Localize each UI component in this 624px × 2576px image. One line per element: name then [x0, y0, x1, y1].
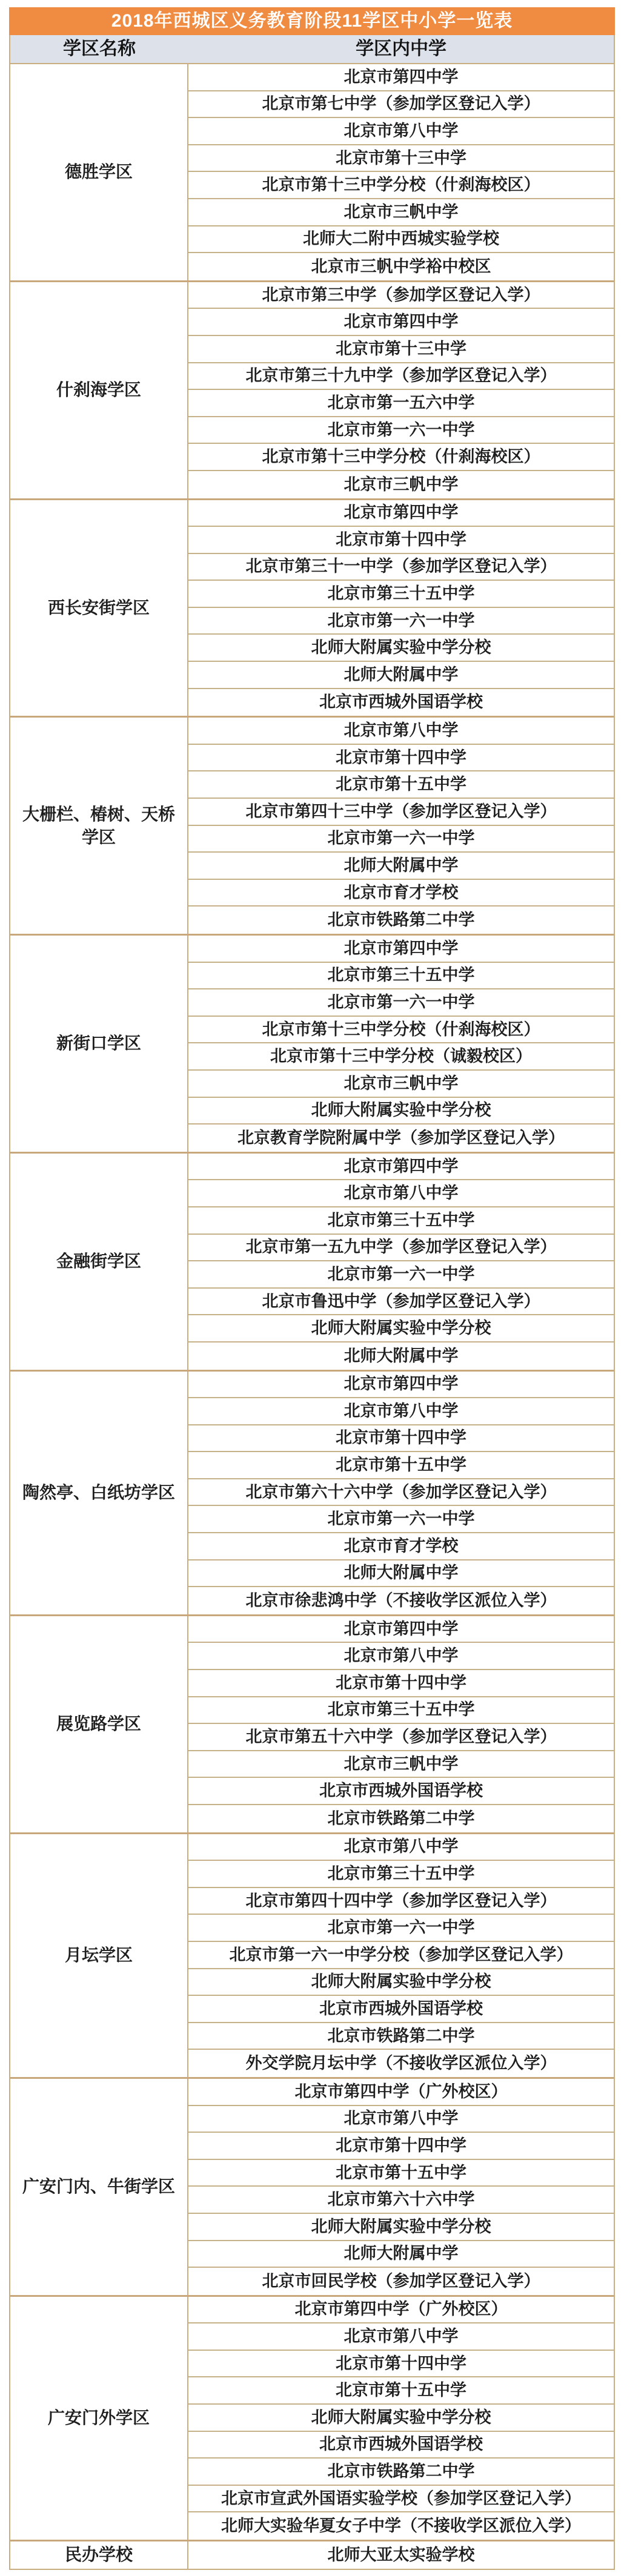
school-row: 北京市第一五六中学: [188, 390, 614, 417]
district-name: 展览路学区: [10, 1616, 188, 1832]
schools-column: 北京市第四中学（广外校区）北京市第八中学北京市第十四中学北京市第十五中学北京市第…: [188, 2079, 614, 2295]
school-row: 北京市三帆中学: [188, 471, 614, 498]
school-row: 北京市第一六一中学: [188, 1506, 614, 1533]
school-row: 北京市西城外国语学校: [188, 689, 614, 716]
school-row: 北京市第四中学: [188, 309, 614, 336]
school-row: 北京市三帆中学: [188, 1071, 614, 1098]
school-row: 北京市徐悲鸿中学（不接收学区派位入学）: [188, 1587, 614, 1614]
schools-column: 北京市第四中学（广外校区）北京市第八中学北京市第十四中学北京市第十五中学北师大附…: [188, 2297, 614, 2540]
school-row: 北京市第十三中学: [188, 336, 614, 363]
schools-column: 北京市第四中学北京市第三十五中学北京市第一六一中学北京市第十三中学分校（什刹海校…: [188, 936, 614, 1152]
school-row: 北京市第三十五中学: [188, 1697, 614, 1725]
district-name: 广安门内、牛街学区: [10, 2079, 188, 2295]
school-row: 北京市三帆中学: [188, 199, 614, 226]
school-row: 北京市第十三中学分校（诚毅校区）: [188, 1043, 614, 1071]
district-section: 月坛学区北京市第八中学北京市第三十五中学北京市第四十四中学（参加学区登记入学）北…: [10, 1832, 614, 2077]
school-row: 北京市第十四中学: [188, 2133, 614, 2160]
school-row: 北京市第四中学: [188, 1616, 614, 1643]
district-name: 金融街学区: [10, 1154, 188, 1370]
school-row: 北京市第十三中学分校（什刹海校区）: [188, 172, 614, 199]
school-row: 北师大二附中西城实验学校: [188, 226, 614, 254]
school-row: 北京市第四中学（广外校区）: [188, 2079, 614, 2106]
schools-column: 北师大亚太实验学校: [188, 2541, 614, 2569]
school-row: 北京市铁路第二中学: [188, 907, 614, 934]
school-row: 北京市第一六一中学: [188, 1915, 614, 1942]
school-row: 北京市第十四中学: [188, 1670, 614, 1697]
school-row: 北京市第一六一中学: [188, 1261, 614, 1289]
school-row: 北京市第七中学（参加学区登记入学）: [188, 91, 614, 119]
school-row: 北京市西城外国语学校: [188, 1996, 614, 2023]
schools-column: 北京市第四中学北京市第八中学北京市第十四中学北京市第三十五中学北京市第五十六中学…: [188, 1616, 614, 1832]
school-row: 北京市第一六一中学: [188, 608, 614, 635]
schools-column: 北京市第四中学北京市第八中学北京市第三十五中学北京市第一五九中学（参加学区登记入…: [188, 1154, 614, 1370]
school-row: 北京市第八中学: [188, 1180, 614, 1207]
school-row: 北京市西城外国语学校: [188, 1778, 614, 1805]
school-row: 北京市第三中学（参加学区登记入学）: [188, 282, 614, 309]
school-row: 北京市第四中学: [188, 936, 614, 963]
school-row: 北师大附属实验中学分校: [188, 2214, 614, 2241]
table-title: 2018年西城区义务教育阶段11学区中小学一览表: [9, 7, 615, 35]
school-row: 北京市第十五中学: [188, 1452, 614, 1479]
school-row: 北京市第六十六中学（参加学区登记入学）: [188, 1479, 614, 1507]
school-row: 北京市第十四中学: [188, 2351, 614, 2378]
schools-column: 北京市第八中学北京市第三十五中学北京市第四十四中学（参加学区登记入学）北京市第一…: [188, 1834, 614, 2077]
school-row: 北京市铁路第二中学: [188, 1805, 614, 1832]
district-section: 展览路学区北京市第四中学北京市第八中学北京市第十四中学北京市第三十五中学北京市第…: [10, 1614, 614, 1832]
school-row: 北京市第八中学: [188, 118, 614, 145]
district-section: 西长安街学区北京市第四中学北京市第十四中学北京市第三十一中学（参加学区登记入学）…: [10, 498, 614, 716]
school-row: 北京市第十五中学: [188, 2377, 614, 2405]
district-name: 德胜学区: [10, 64, 188, 280]
table-body: 德胜学区北京市第四中学北京市第七中学（参加学区登记入学）北京市第八中学北京市第十…: [9, 63, 615, 2570]
school-row: 北师大附属实验中学分校: [188, 1098, 614, 1125]
school-row: 北师大附属中学: [188, 853, 614, 880]
school-row: 北京市育才学校: [188, 880, 614, 907]
school-row: 北师大附属实验中学分校: [188, 2405, 614, 2432]
school-row: 北京市第十三中学分校（什刹海校区）: [188, 444, 614, 471]
school-row: 北京市第四中学: [188, 500, 614, 527]
district-name: 陶然亭、白纸坊学区: [10, 1372, 188, 1614]
school-row: 北京市第三十五中学: [188, 581, 614, 608]
school-row: 北京教育学院附属中学（参加学区登记入学）: [188, 1125, 614, 1152]
school-row: 北京市第十四中学: [188, 527, 614, 554]
school-row: 北京市第五十六中学（参加学区登记入学）: [188, 1724, 614, 1751]
school-district-table: 2018年西城区义务教育阶段11学区中小学一览表 学区名称 学区内中学 德胜学区…: [9, 7, 615, 2570]
district-section: 金融街学区北京市第四中学北京市第八中学北京市第三十五中学北京市第一五九中学（参加…: [10, 1152, 614, 1370]
school-row: 北师大附属中学: [188, 662, 614, 689]
district-section: 大栅栏、椿树、天桥学区北京市第八中学北京市第十四中学北京市第十五中学北京市第四十…: [10, 716, 614, 934]
district-section: 德胜学区北京市第四中学北京市第七中学（参加学区登记入学）北京市第八中学北京市第十…: [10, 64, 614, 280]
school-row: 北京市第一六一中学: [188, 417, 614, 444]
school-row: 北师大亚太实验学校: [188, 2541, 614, 2569]
district-section: 广安门外学区北京市第四中学（广外校区）北京市第八中学北京市第十四中学北京市第十五…: [10, 2295, 614, 2540]
school-row: 北师大附属中学: [188, 1560, 614, 1588]
school-row: 北京市西城外国语学校: [188, 2432, 614, 2459]
school-row: 北京市第十五中学: [188, 771, 614, 799]
school-row: 北京市第十五中学: [188, 2160, 614, 2187]
school-row: 北京市第十四中学: [188, 745, 614, 772]
school-row: 北京市第四中学: [188, 64, 614, 91]
district-section: 民办学校北师大亚太实验学校: [10, 2540, 614, 2569]
column-header-schools: 学区内中学: [188, 35, 614, 63]
school-row: 北京市第三十五中学: [188, 1207, 614, 1235]
school-row: 北师大附属中学: [188, 2241, 614, 2268]
school-row: 北京市第八中学: [188, 1643, 614, 1670]
school-row: 北京市第八中学: [188, 2106, 614, 2133]
school-row: 北京市宣武外国语实验学校（参加学区登记入学）: [188, 2486, 614, 2513]
school-row: 北京市第四中学: [188, 1154, 614, 1181]
schools-column: 北京市第四中学北京市第十四中学北京市第三十一中学（参加学区登记入学）北京市第三十…: [188, 500, 614, 716]
table-header-row: 学区名称 学区内中学: [9, 35, 615, 63]
school-row: 北京市第十三中学分校（什刹海校区）: [188, 1017, 614, 1044]
school-row: 北京市第三十五中学: [188, 1861, 614, 1888]
school-row: 北京市第四十四中学（参加学区登记入学）: [188, 1888, 614, 1915]
school-row: 北京市铁路第二中学: [188, 2023, 614, 2050]
school-row: 北京市第四十三中学（参加学区登记入学）: [188, 799, 614, 826]
school-row: 北京市第一六一中学: [188, 826, 614, 853]
schools-column: 北京市第三中学（参加学区登记入学）北京市第四中学北京市第十三中学北京市第三十九中…: [188, 282, 614, 498]
school-row: 外交学院月坛中学（不接收学区派位入学）: [188, 2050, 614, 2077]
school-row: 北京市第十四中学: [188, 1425, 614, 1453]
school-row: 北京市第八中学: [188, 1834, 614, 1861]
column-header-district: 学区名称: [10, 35, 188, 63]
school-row: 北京市回民学校（参加学区登记入学）: [188, 2268, 614, 2295]
school-row: 北京市铁路第二中学: [188, 2459, 614, 2486]
school-row: 北京市第三十五中学: [188, 963, 614, 990]
school-row: 北京市第四中学: [188, 1372, 614, 1399]
school-row: 北京市第三十九中学（参加学区登记入学）: [188, 363, 614, 391]
district-section: 广安门内、牛街学区北京市第四中学（广外校区）北京市第八中学北京市第十四中学北京市…: [10, 2077, 614, 2295]
school-row: 北京市第一六一中学分校（参加学区登记入学）: [188, 1942, 614, 1969]
school-row: 北京市第六十六中学: [188, 2187, 614, 2214]
schools-column: 北京市第八中学北京市第十四中学北京市第十五中学北京市第四十三中学（参加学区登记入…: [188, 718, 614, 934]
school-row: 北京市第四中学（广外校区）: [188, 2297, 614, 2324]
school-row: 北京市第三十一中学（参加学区登记入学）: [188, 554, 614, 581]
school-row: 北师大附属实验中学分校: [188, 1969, 614, 1996]
schools-column: 北京市第四中学北京市第八中学北京市第十四中学北京市第十五中学北京市第六十六中学（…: [188, 1372, 614, 1614]
school-row: 北京市第十三中学: [188, 145, 614, 173]
district-section: 陶然亭、白纸坊学区北京市第四中学北京市第八中学北京市第十四中学北京市第十五中学北…: [10, 1370, 614, 1614]
district-name: 什刹海学区: [10, 282, 188, 498]
school-row: 北京市第一五九中学（参加学区登记入学）: [188, 1235, 614, 1262]
school-row: 北师大附属实验中学分校: [188, 1315, 614, 1342]
school-row: 北师大实验华夏女子中学（不接收学区派位入学）: [188, 2512, 614, 2540]
school-row: 北京市第八中学: [188, 2323, 614, 2351]
school-row: 北京市第一六一中学: [188, 989, 614, 1017]
school-row: 北京市育才学校: [188, 1533, 614, 1560]
school-row: 北京市鲁迅中学（参加学区登记入学）: [188, 1289, 614, 1316]
school-row: 北京市第八中学: [188, 718, 614, 745]
district-name: 新街口学区: [10, 936, 188, 1152]
school-row: 北京市三帆中学裕中校区: [188, 253, 614, 280]
district-name: 大栅栏、椿树、天桥学区: [10, 718, 188, 934]
district-section: 什刹海学区北京市第三中学（参加学区登记入学）北京市第四中学北京市第十三中学北京市…: [10, 280, 614, 498]
school-row: 北京市三帆中学: [188, 1751, 614, 1778]
schools-column: 北京市第四中学北京市第七中学（参加学区登记入学）北京市第八中学北京市第十三中学北…: [188, 64, 614, 280]
district-name: 月坛学区: [10, 1834, 188, 2077]
school-row: 北师大附属中学: [188, 1342, 614, 1370]
school-row: 北师大附属实验中学分校: [188, 635, 614, 662]
district-name: 西长安街学区: [10, 500, 188, 716]
district-section: 新街口学区北京市第四中学北京市第三十五中学北京市第一六一中学北京市第十三中学分校…: [10, 934, 614, 1152]
district-name: 民办学校: [10, 2541, 188, 2569]
district-name: 广安门外学区: [10, 2297, 188, 2540]
school-row: 北京市第八中学: [188, 1398, 614, 1425]
